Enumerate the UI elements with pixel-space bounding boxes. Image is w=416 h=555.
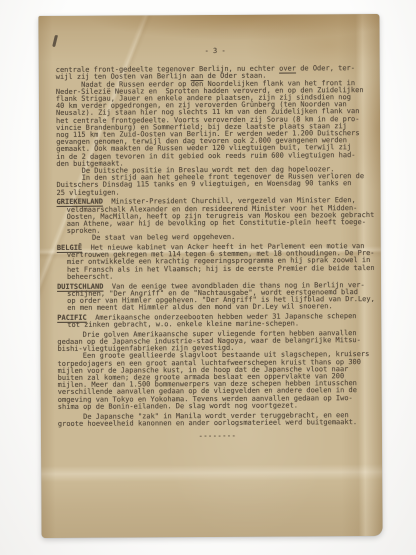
section-eastern-front: centrale front-gedeelte tegenover Berlij… — [56, 65, 376, 197]
section-belgie: BELGIË Het nieuwe kabinet van Acker heef… — [57, 243, 376, 281]
underlined-text: over — [279, 65, 296, 73]
body-text: Van de eenige twee avondbladen die thans… — [67, 281, 375, 312]
ink-mark — [52, 35, 57, 47]
photo-scene: - 3 - centrale front-gedeelte tegenover … — [0, 0, 416, 555]
section-duitschland: DUITSCHLAND Van de eenige twee avondblad… — [57, 282, 376, 313]
body-text: Minister-President Churchill, vergezeld … — [67, 196, 375, 242]
body-text: Drie golven Amerikaansche super vliegend… — [57, 329, 369, 411]
document-paper: - 3 - centrale front-gedeelte tegenover … — [38, 14, 382, 538]
body-text: De Japansche "zak" in Manila wordt verde… — [58, 411, 357, 428]
body-text: de Oder staan. Nadat de Russen eerder op… — [56, 72, 364, 197]
section-pacific: PACIFIC Amerikaansche onderzeebooten heb… — [57, 313, 376, 329]
divider-line: -------- — [58, 432, 377, 441]
section-griekenland: GRIEKENLAND Minister-President Churchill… — [57, 197, 376, 242]
body-text: Amerikaansche onderzeebooten hebben wede… — [67, 312, 356, 329]
body-text: Het nieuwe kabinet van Acker heeft in he… — [67, 242, 375, 281]
document-sections: centrale front-gedeelte tegenover Berlij… — [56, 65, 377, 428]
section-pacific-air-naval: Drie golven Amerikaansche super vliegend… — [57, 330, 376, 411]
page-number: - 3 - — [56, 47, 375, 56]
document-content: - 3 - centrale front-gedeelte tegenover … — [56, 47, 377, 441]
section-manila: De Japansche "zak" in Manila wordt verde… — [58, 412, 377, 428]
